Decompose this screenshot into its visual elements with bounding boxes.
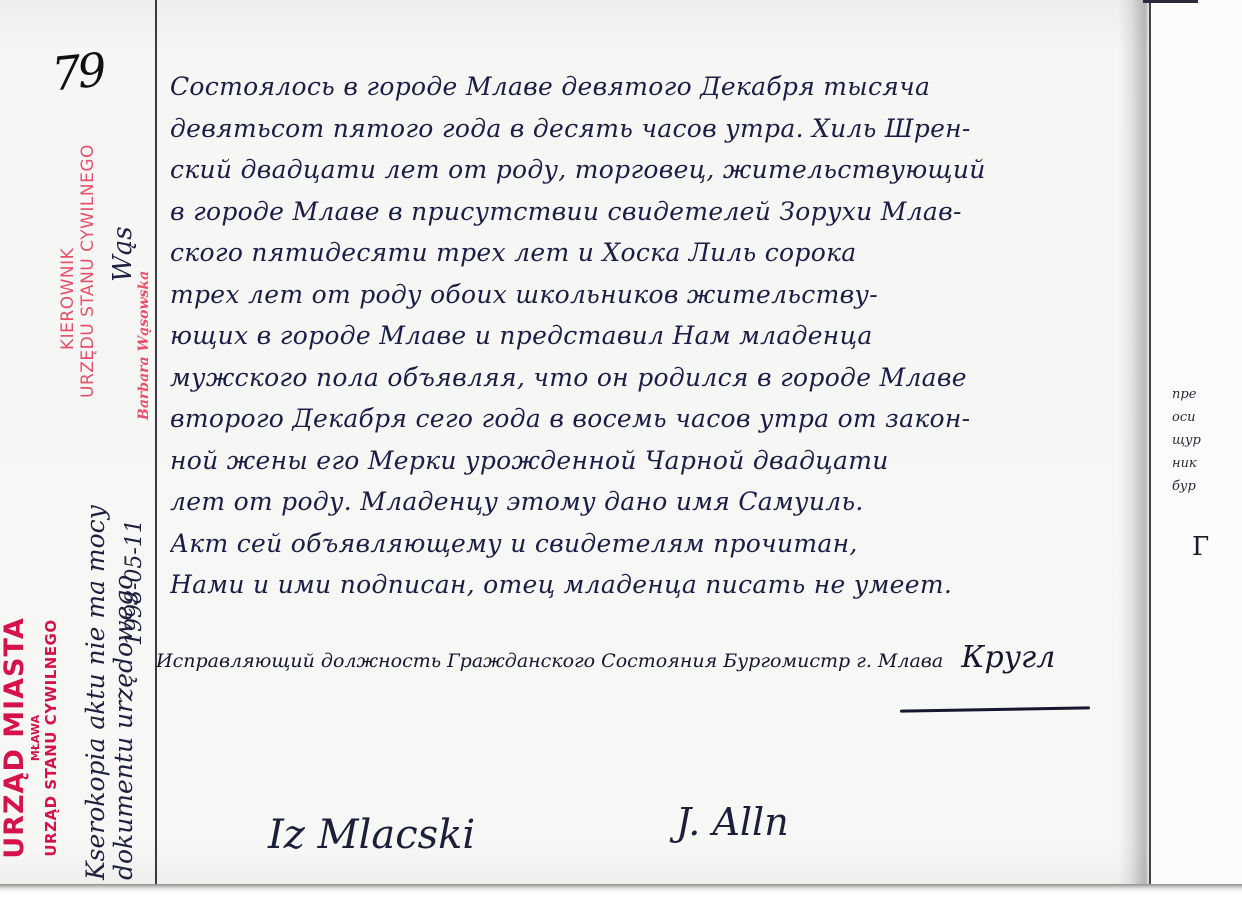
- record-line: мужского пола объявляя, что он родился в…: [170, 357, 1130, 399]
- margin-note-line: пре: [1172, 383, 1232, 406]
- record-line: Акт сей объявляющему и свидетелям прочит…: [170, 523, 1130, 565]
- record-line: в городе Млаве в присутствии свидетелей …: [170, 191, 1130, 233]
- entry-number: 79: [49, 43, 105, 102]
- official-signature: Кругл: [961, 640, 1055, 675]
- document-scan: 79 Состоялось в городе Млаве девятого Де…: [0, 0, 1242, 898]
- margin-note-line: бур: [1172, 475, 1232, 498]
- margin-note-line: щур: [1172, 429, 1232, 452]
- stamp-office-line2: MŁAWA: [30, 578, 42, 898]
- registrar-stamp: KIEROWNIK URZĘDU STANU CYWILNEGO: [58, 118, 98, 418]
- scan-edge-mark: [1143, 0, 1198, 3]
- certification-line1: Kserokopia aktu nie ma mocy: [82, 505, 110, 880]
- record-line: ной жены его Мерки урожденной Чарной два…: [170, 440, 1130, 482]
- certification-initials: Wąs: [108, 226, 138, 282]
- record-line: Нами и ими подписан, отец младенца писат…: [170, 564, 1130, 606]
- certification-date: 1998-05-11: [122, 519, 147, 646]
- registrar-name: Barbara Wąsowska: [136, 271, 152, 420]
- record-body: Состоялось в городе Млаве девятого Декаб…: [170, 66, 1130, 606]
- record-line: Состоялось в городе Млаве девятого Декаб…: [170, 66, 1130, 108]
- record-line: девятьсот пятого года в десять часов утр…: [170, 108, 1130, 150]
- signature-underline: [900, 706, 1090, 712]
- office-stamp: URZĄD MIASTA MŁAWA URZĄD STANU CYWILNEGO: [0, 578, 60, 898]
- right-margin-note: пре оси щур ник бур: [1172, 383, 1232, 498]
- stamp-office-line3: URZĄD STANU CYWILNEGO: [42, 578, 60, 898]
- margin-note-line: оси: [1172, 406, 1232, 429]
- stamp-office-line1: URZĄD MIASTA: [0, 578, 30, 898]
- left-margin-rule: [155, 0, 157, 884]
- record-line: лет от роду. Младенцу этому дано имя Сам…: [170, 481, 1130, 523]
- page-bottom-edge: [0, 884, 1242, 898]
- stamp-registrar-line2: URZĘDU STANU CYWILNEGO: [78, 118, 98, 418]
- margin-note-line: ник: [1172, 452, 1232, 475]
- record-line: трех лет от роду обоих школьников житель…: [170, 274, 1130, 316]
- margin-mark: Г: [1192, 532, 1209, 562]
- official-signature-line: Исправляющий должность Гражданского Сост…: [156, 640, 1116, 675]
- record-line: второго Декабря сего года в восемь часов…: [170, 398, 1130, 440]
- record-line: ский двадцати лет от роду, торговец, жит…: [170, 149, 1130, 191]
- record-line: ющих в городе Млаве и представил Нам мла…: [170, 315, 1130, 357]
- record-line: ского пятидесяти трех лет и Хоска Лиль с…: [170, 232, 1130, 274]
- witness-signature-2: J. Alln: [676, 800, 789, 844]
- official-title: Исправляющий должность Гражданского Сост…: [156, 650, 943, 672]
- stamp-registrar-line1: KIEROWNIK: [58, 118, 78, 418]
- witness-signature-1: Iz Mlacski: [268, 812, 475, 858]
